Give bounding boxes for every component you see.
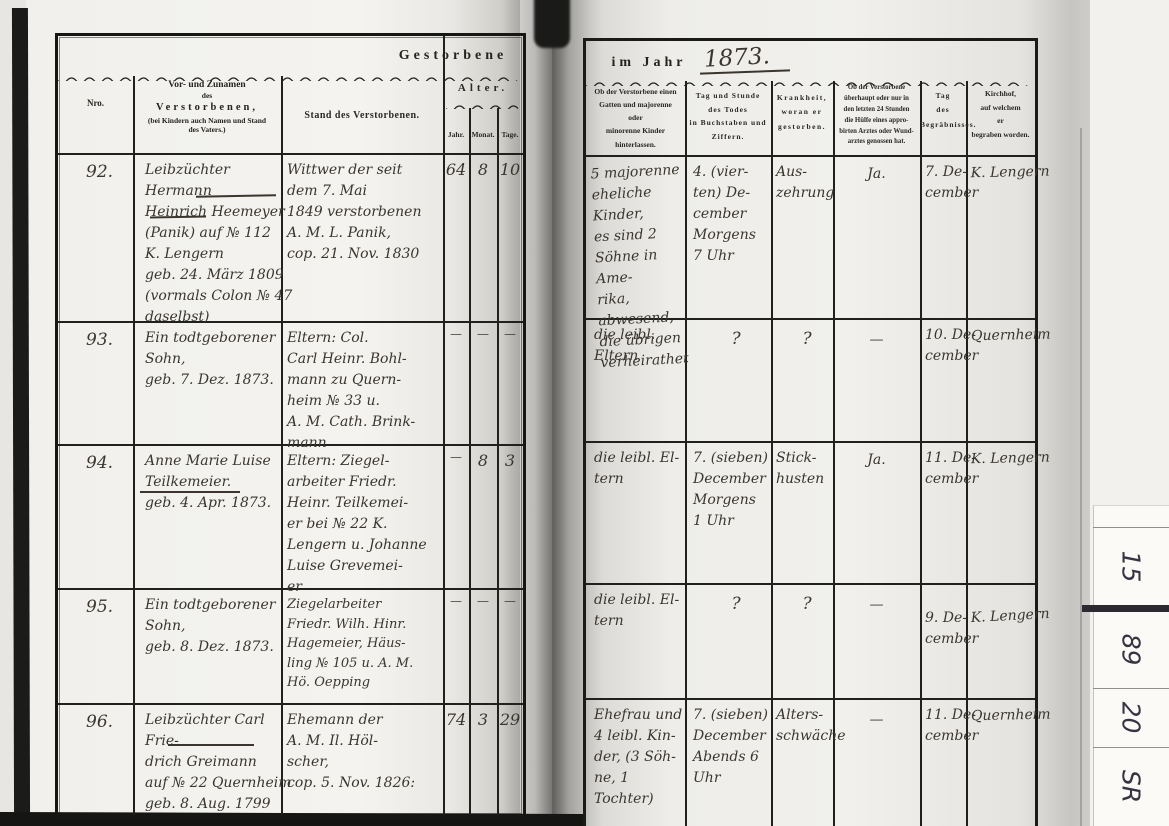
death-date-cell: ? [685,583,781,698]
death-date-cell: 7. (sieben) December Morgens 1 Uhr [685,441,781,583]
age-months-cell: — [469,588,497,703]
age-months-cell: 8 [469,153,497,321]
tab-number: 20 [1117,680,1146,756]
header-arzt: Ob der Verstorbene überhaupt oder nur in… [833,83,920,148]
stand-cell: Eltern: Ziegel- arbeiter Friedr. Heinr. … [281,444,451,588]
death-date-cell: 4. (vier- ten) De- cember Morgens 7 Uhr [685,155,781,318]
age-months-cell: 8 [469,444,497,588]
doctor-cell: — [833,583,920,698]
register-table-left: Gestorbene Nro. Vor- und Zunamen des Ver… [55,33,526,818]
age-years-cell: 64 [443,153,469,321]
header-jahr: Jahr. [443,130,469,139]
page-title-right: im Jahr [593,55,705,71]
cemetery-cell: K. Lengern [964,154,1095,320]
wavy-rule [58,72,523,81]
header-name-line: Verstorbenen, [133,102,281,113]
header-alter: Alter. [443,82,523,94]
illness-cell: ? [771,583,840,698]
tab-number: 89 [1117,612,1146,688]
header-name-line: (bei Kindern auch Namen und Stand [133,116,281,125]
stand-cell: Eltern: Col. Carl Heinr. Bohl- mann zu Q… [281,321,451,444]
header-begraebnis: Tag des Begräbnisses. [920,89,966,132]
header-monat: Monat. [469,130,497,139]
table-row: 5 majorenne eheliche Kinder, es sind 2 S… [586,155,1035,318]
illness-cell: ? [771,318,840,441]
cemetery-cell: Quernheim [965,317,1096,443]
survivors-cell: die leibl. Eltern [586,318,695,441]
cemetery-cell: K. Lengern [965,440,1096,585]
photocopy-edge-bar-left [12,8,30,820]
name-cell: Leibzüchter Hermann Heinrich Heemeyer (P… [133,153,295,321]
age-days-cell: 10 [497,153,523,321]
table-row: die leibl. El- tern 7. (sieben) December… [586,441,1035,583]
age-days-cell: — [497,588,523,703]
illness-cell: Stick- husten [771,441,840,583]
register-table-right: im Jahr 1873. Ob der Verstorbene einen G… [583,38,1038,826]
table-row: 95. Ein todtgeborener Sohn, geb. 8. Dez.… [58,588,523,703]
age-years-cell: — [443,588,469,703]
illness-cell: Aus- zehrung [771,155,840,318]
table-row: die leibl. El- tern ? ? — 9. De- cember … [586,583,1035,698]
scanned-death-register-page: Gestorbene Nro. Vor- und Zunamen des Ver… [0,0,1169,826]
table-row: 92. Leibzüchter Hermann Heinrich Heemeye… [58,153,523,321]
header-name-line: des [133,91,281,100]
doctor-cell: — [833,698,920,826]
age-days-cell: 29 [497,703,523,815]
name-cell: Ein todtgeborener Sohn, geb. 7. Dez. 187… [133,321,295,444]
name-cell: Anne Marie Luise Teilkemeier. geb. 4. Ap… [133,444,295,588]
table-row: die leibl. Eltern ? ? — 10. De- cember Q… [586,318,1035,441]
survivors-cell: die leibl. El- tern [586,583,695,698]
stand-cell: Ehemann der A. M. Il. Höl- scher, cop. 5… [281,703,451,815]
age-years-cell: 74 [443,703,469,815]
age-months-cell: — [469,321,497,444]
header-name-line: des Vaters.) [133,125,281,134]
doctor-cell: — [833,318,920,441]
header-krankheit: Krankheit, woran er gestorben. [771,91,833,134]
age-days-cell: — [497,321,523,444]
header-stand: Stand des Verstorbenen. [281,110,443,121]
table-row: 93. Ein todtgeborener Sohn, geb. 7. Dez.… [58,321,523,444]
tab-number: 15 [1117,529,1146,605]
cemetery-cell: Quernheim [965,697,1096,826]
age-years-cell: — [443,444,469,588]
tab-number: SR [1117,749,1146,825]
doctor-cell: Ja. [833,441,920,583]
survivors-cell: die leibl. El- tern [586,441,695,583]
header-todestag: Tag und Stunde des Todes in Buchstaben u… [685,89,771,143]
header-name: Vor- und Zunamen des Verstorbenen, (bei … [133,80,281,134]
page-title-left: Gestorbene [383,48,523,64]
name-cell: Leibzüchter Carl Frie- drich Greimann au… [133,703,295,815]
header-tage: Tage. [497,130,523,139]
header-name-line: Vor- und Zunamen [133,80,281,90]
table-row: Ehefrau und 4 leibl. Kin- der, (3 Söh- n… [586,698,1035,826]
death-date-cell: ? [685,318,781,441]
ink-underline [168,744,254,746]
header-gatten: Ob der Verstorbene einen Gatten und majo… [586,85,685,151]
age-months-cell: 3 [469,703,497,815]
name-cell: Ein todtgeborener Sohn, geb. 8. Dez. 187… [133,588,295,703]
death-date-cell: 7. (sieben) December Abends 6 Uhr [685,698,781,826]
illness-cell: Alters- schwäche [771,698,840,826]
age-days-cell: 3 [497,444,523,588]
gutter-ink-blob [534,0,570,48]
stand-cell: Ziegelarbeiter Friedr. Wilh. Hinr. Hagem… [281,588,451,703]
survivors-cell: 5 majorenne eheliche Kinder, es sind 2 S… [582,152,699,320]
survivors-cell: Ehefrau und 4 leibl. Kin- der, (3 Söh- n… [586,698,695,826]
age-years-cell: — [443,321,469,444]
cemetery-cell: K. Lengern [963,580,1097,702]
stand-cell: Wittwer der seit dem 7. Mai 1849 verstor… [281,153,451,321]
doctor-cell: Ja. [833,155,920,318]
header-kirchhof: Kirchhof, auf welchem er begraben worden… [966,87,1035,141]
table-row: 94. Anne Marie Luise Teilkemeier. geb. 4… [58,444,523,588]
ink-underline [140,491,240,493]
table-row: 96. Leibzüchter Carl Frie- drich Greiman… [58,703,523,815]
wavy-rule-alter [446,100,520,109]
header-nro: Nro. [58,98,133,108]
